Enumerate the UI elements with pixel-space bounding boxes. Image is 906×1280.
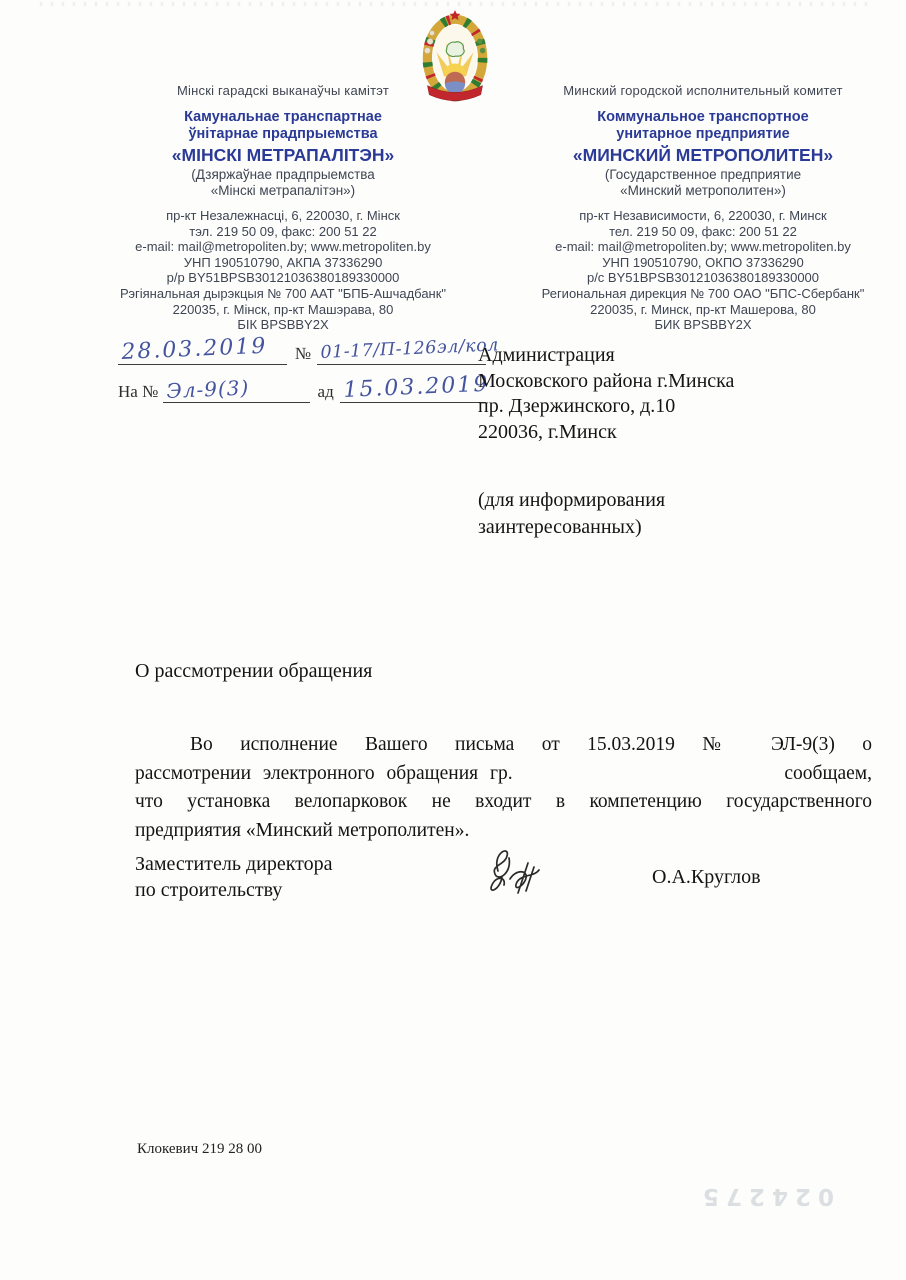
- handwritten-incoming-number: Эл-9(3): [166, 375, 250, 403]
- address-line: 220035, г. Минск, пр-кт Машерова, 80: [512, 302, 894, 318]
- body-line-with-redaction: рассмотрении электронного обращения гр. …: [135, 760, 872, 789]
- org-paren1-ru: (Государственное предприятие: [512, 167, 894, 183]
- address-line: УНП 190510790, ОКПО 37336290: [512, 255, 894, 271]
- address-line: пр-кт Незалежнасці, 6, 220030, г. Мінск: [106, 208, 460, 224]
- handwritten-incoming-date: 15.03.2019: [343, 372, 490, 403]
- org-paren1-by: (Дзяржаўнае прадпрыемства: [106, 167, 460, 183]
- incoming-date-field: 15.03.2019: [340, 372, 486, 403]
- recipient-address: Администрация Московского района г.Минск…: [478, 343, 878, 445]
- recipient-line: пр. Дзержинского, д.10: [478, 394, 878, 420]
- recipient-line: Администрация: [478, 343, 878, 369]
- outgoing-number-field: 01-17/П-126эл/кол: [317, 334, 486, 365]
- handwritten-outgoing-number: 01-17/П-126эл/кол: [320, 335, 499, 363]
- org-type-line2-by: ўнітарнае прадпрыемства: [106, 126, 460, 143]
- address-line: р/р BY51BPSB30121036380189330000: [106, 270, 460, 286]
- reference-block: 28.03.2019 № 01-17/П-126эл/кол На № Эл-9…: [118, 334, 486, 403]
- recipient-note-line: (для информирования: [478, 487, 878, 514]
- handwritten-outgoing-date: 28.03.2019: [121, 334, 268, 365]
- org-name-ru: «МИНСКИЙ МЕТРОПОЛИТЕН»: [512, 145, 894, 166]
- incoming-number-field: Эл-9(3): [163, 372, 309, 403]
- outgoing-reference-row: 28.03.2019 № 01-17/П-126эл/кол: [118, 334, 486, 365]
- letterhead-belarusian: Мінскі гарадскі выканаўчы камітэт Камуна…: [106, 83, 460, 333]
- address-line: БИК BPSBBY2X: [512, 317, 894, 333]
- committee-line-by: Мінскі гарадскі выканаўчы камітэт: [106, 83, 460, 98]
- letterhead-russian: Минский городской исполнительный комитет…: [512, 83, 894, 333]
- executor-contact: Клокевич 219 28 00: [137, 1141, 262, 1158]
- subject-line: О рассмотрении обращения: [135, 660, 372, 683]
- signer-position: Заместитель директора по строительству: [135, 851, 333, 903]
- recipient-line: 220036, г.Минск: [478, 420, 878, 446]
- signature-svg: [476, 843, 572, 911]
- address-line: Региональная дирекция № 700 ОАО "БПС-Сбе…: [512, 286, 894, 302]
- recipient-note-line: заинтересованных): [478, 514, 878, 541]
- address-line: e-mail: mail@metropoliten.by; www.metrop…: [512, 239, 894, 255]
- address-block-ru: пр-кт Независимости, 6, 220030, г. Минск…: [512, 208, 894, 333]
- number-sign-label: №: [287, 344, 317, 365]
- org-name-by: «МІНСКІ МЕТРАПАЛІТЭН»: [106, 145, 460, 166]
- address-line: 220035, г. Мінск, пр-кт Машэрава, 80: [106, 302, 460, 318]
- org-paren2-ru: «Минский метрополитен»): [512, 183, 894, 199]
- committee-line-ru: Минский городской исполнительный комитет: [512, 83, 894, 98]
- signer-position-line: Заместитель директора: [135, 851, 333, 877]
- signer-name: О.А.Круглов: [652, 866, 761, 889]
- na-number-label: На №: [118, 382, 163, 403]
- address-line: УНП 190510790, АКПА 37336290: [106, 255, 460, 271]
- recipient-line: Московского района г.Минска: [478, 369, 878, 395]
- org-paren2-by: «Мінскі метрапалітэн»): [106, 183, 460, 199]
- ad-label: ад: [310, 382, 340, 403]
- address-block-by: пр-кт Незалежнасці, 6, 220030, г. Мінск …: [106, 208, 460, 333]
- outgoing-date-field: 28.03.2019: [118, 334, 287, 365]
- org-type-line1-by: Камунальнае транспартнае: [106, 109, 460, 126]
- body-line: Во исполнение Вашего письма от 15.03.201…: [135, 731, 872, 760]
- bleed-through-stamp-number: 024275: [684, 1183, 834, 1209]
- incoming-reference-row: На № Эл-9(3) ад 15.03.2019: [118, 372, 486, 403]
- signer-position-line: по строительству: [135, 877, 333, 903]
- address-line: р/с BY51BPSB30121036380189330000: [512, 270, 894, 286]
- body-line: что установка велопарковок не входит в к…: [135, 788, 872, 817]
- address-line: тел. 219 50 09, факс: 200 51 22: [512, 224, 894, 240]
- scanned-letter-page: Мінскі гарадскі выканаўчы камітэт Камуна…: [0, 0, 906, 1280]
- address-line: тэл. 219 50 09, факс: 200 51 22: [106, 224, 460, 240]
- address-line: Рэгіянальная дырэкцыя № 700 ААТ "БПБ-Ашч…: [106, 286, 460, 302]
- signature-scribble-icon: [476, 843, 572, 911]
- letter-body: Во исполнение Вашего письма от 15.03.201…: [135, 731, 872, 845]
- recipient-note: (для информирования заинтересованных): [478, 487, 878, 541]
- body-line-right: сообщаем,: [784, 760, 872, 789]
- address-line: БІК BPSBBY2X: [106, 317, 460, 333]
- org-type-line2-ru: унитарное предприятие: [512, 126, 894, 143]
- body-line-left: рассмотрении электронного обращения гр.: [135, 760, 513, 789]
- address-line: e-mail: mail@metropoliten.by; www.metrop…: [106, 239, 460, 255]
- body-line: предприятия «Минский метрополитен».: [135, 817, 872, 846]
- org-type-line1-ru: Коммунальное транспортное: [512, 109, 894, 126]
- address-line: пр-кт Независимости, 6, 220030, г. Минск: [512, 208, 894, 224]
